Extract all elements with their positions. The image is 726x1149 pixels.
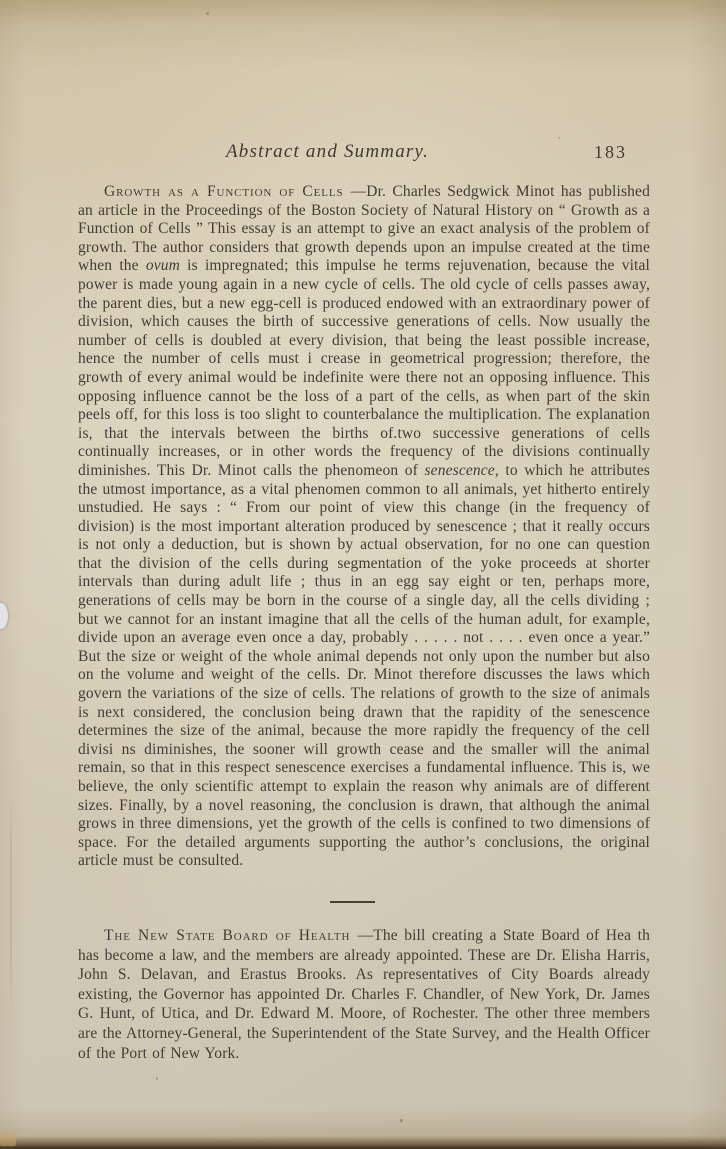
paper-speck: [558, 137, 560, 139]
paper-speck: [206, 12, 209, 15]
scan-edge-notch: [0, 603, 8, 629]
article-new-state-board-of-health: The New State Board of Health —The bill …: [78, 926, 650, 1063]
paper-speck: [400, 1119, 403, 1122]
page-title: Abstract and Summary.: [226, 141, 429, 163]
article-1-italic-ovum: ovum: [146, 257, 180, 274]
article-2-body: —The bill creating a State Board of Hea …: [78, 927, 650, 1062]
running-head: Abstract and Summary. 183: [78, 141, 648, 169]
scanned-page: Abstract and Summary. 183 Growth as a Fu…: [0, 0, 726, 1149]
article-growth-as-a-function-of-cells: Growth as a Function of Cells —Dr. Charl…: [78, 183, 650, 871]
paper-speck: [156, 1077, 158, 1080]
article-1-heading: Growth as a Function of Cells: [104, 183, 351, 200]
section-divider: [330, 901, 375, 903]
article-2-heading: The New State Board of Health: [104, 927, 358, 944]
article-1-body-part-2: is impregnated; this impulse he terms re…: [78, 257, 650, 479]
paper-crease: [10, 790, 12, 1020]
page-number: 183: [594, 142, 627, 163]
article-1-italic-senescence: senescence: [425, 462, 495, 479]
paper-corner-stain: [0, 1132, 16, 1146]
article-1-body-part-3: , to which he attributes the utmost impo…: [78, 462, 650, 869]
